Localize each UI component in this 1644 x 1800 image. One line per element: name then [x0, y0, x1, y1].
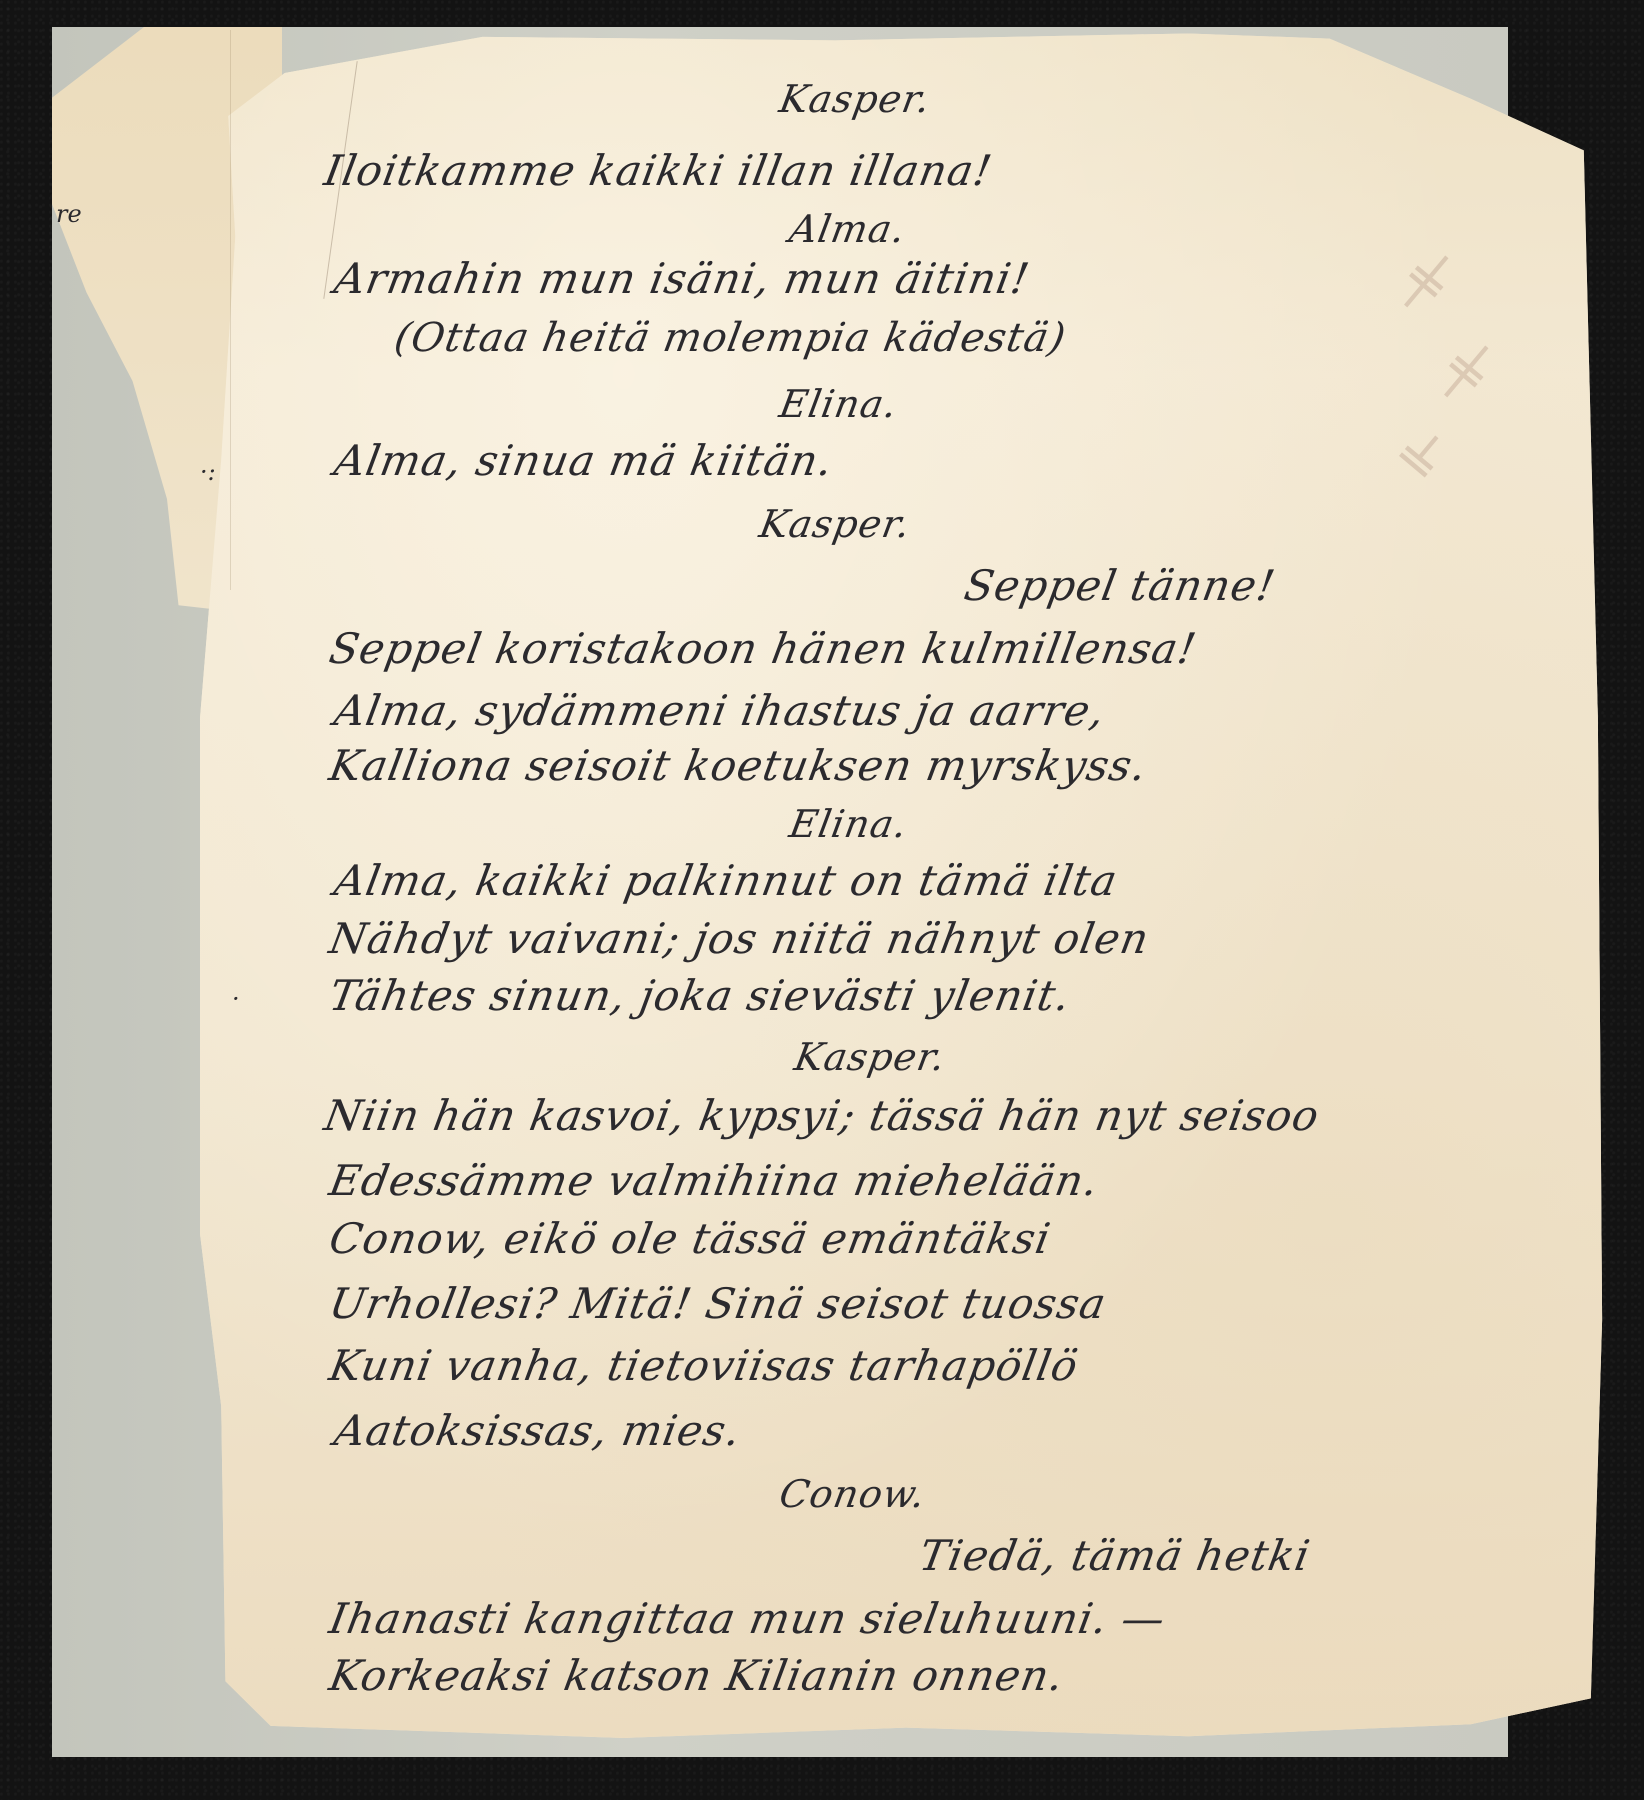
verse-line: Alma, sinua mä kiitän. [331, 440, 836, 482]
verse-line: Korkeaksi katson Kilianin onnen. [326, 1655, 1067, 1697]
verse-line: Armahin mun isäni, mun äitini! [331, 258, 1032, 300]
verse-line: Aatoksissas, mies. [331, 1410, 744, 1452]
verse-line: Conow, eikö ole tässä emäntäksi [326, 1218, 1054, 1260]
speaker-name: Elina. [777, 385, 901, 423]
verse-line: Nähdyt vaivani; jos niitä nähnyt olen [326, 918, 1152, 960]
verse-line: Seppel koristakoon hänen kulmillensa! [326, 628, 1199, 670]
verse-line: Iloitkamme kaikki illan illana! [321, 150, 995, 192]
verse-line: Urhollesi? Mitä! Sinä seisot tuossa [326, 1283, 1109, 1325]
verse-line: Ihanasti kangittaa mun sieluhuuni. — [326, 1598, 1168, 1640]
speaker-name: Kasper. [757, 505, 914, 543]
verse-line: Alma, sydämmeni ihastus ja aarre, [331, 690, 1108, 732]
stage-direction: (Ottaa heitä molempia kädestä) [391, 318, 1069, 358]
verse-line: Kuni vanha, tietoviisas tarhapöllö [326, 1345, 1081, 1387]
speaker-name: Elina. [787, 805, 911, 843]
verse-line: Kalliona seisoit koetuksen myrskyss. [326, 745, 1150, 787]
verse-line: Tiedä, tämä hetki [916, 1535, 1313, 1577]
verse-line: Tähtes sinun, joka sievästi ylenit. [326, 975, 1073, 1017]
speaker-name: Kasper. [792, 1038, 949, 1076]
verse-line: Alma, kaikki palkinnut on tämä ilta [331, 860, 1121, 902]
speaker-name: Alma. [787, 210, 909, 248]
speaker-name: Conow. [777, 1475, 929, 1513]
verse-line: Niin hän kasvoi, kypsyi; tässä hän nyt s… [321, 1095, 1322, 1137]
speaker-name: Kasper. [777, 80, 934, 118]
verse-line: Seppel tänne! [961, 565, 1278, 607]
verse-line: Edessämme valmihiina miehelään. [326, 1160, 1102, 1202]
manuscript-text: Kasper. Iloitkamme kaikki illan illana! … [0, 0, 1644, 1800]
